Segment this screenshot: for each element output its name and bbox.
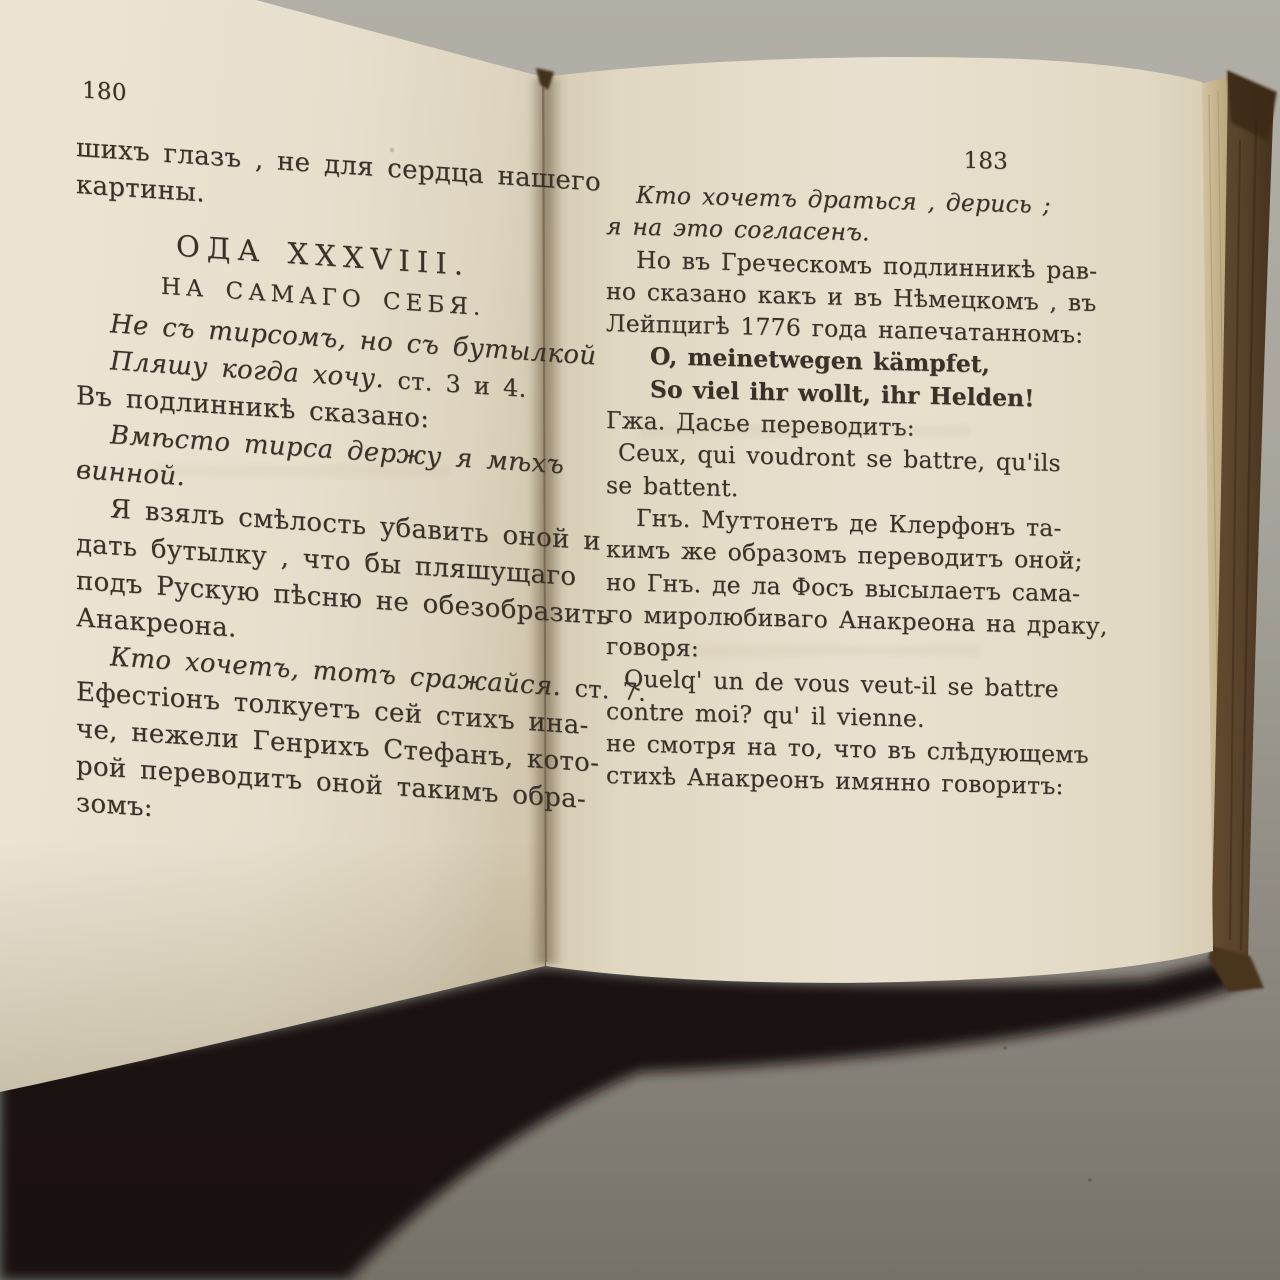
stanza-ref: ст. 3 и 4. xyxy=(398,366,527,403)
foxing-speck xyxy=(1088,1178,1092,1182)
right-page: 183 Кто хочетъ драться , дерись ; я на э… xyxy=(606,138,1056,803)
left-page: 180 шихъ глазъ , не для сердца нашего ка… xyxy=(76,76,528,852)
foxing-speck xyxy=(1003,1046,1007,1050)
open-book-photo: 180 шихъ глазъ , не для сердца нашего ка… xyxy=(0,0,1280,1280)
